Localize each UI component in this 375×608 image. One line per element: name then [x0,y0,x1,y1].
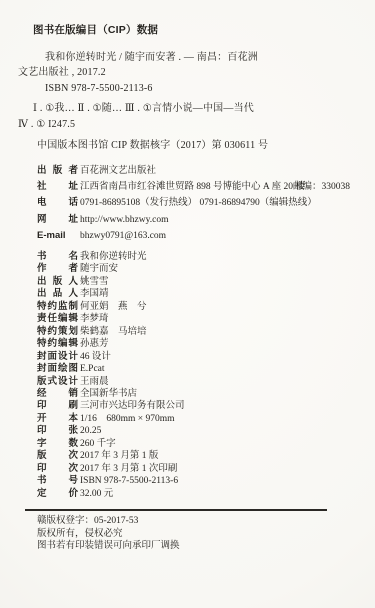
book-info-row: 版次2017 年 3 月第 1 版 [37,450,357,462]
publisher-info-row: 社址江西省南昌市红谷滩世贸路 898 号博能中心 A 座 20 楼邮编：3300… [37,179,367,195]
info-row-label: 特约编辑 [37,338,78,350]
cip-header: 图书在版编目（CIP）数据 [33,23,375,39]
info-row-value: http://www.bhzwy.com [80,215,168,225]
info-row-value: 随宇而安 [80,264,118,274]
book-info-row: 特约策划柴鹤嘉 马培培 [37,326,357,338]
info-row-label: 特约监制 [37,301,78,313]
book-info-row: 版式设计王雨晨 [37,376,357,388]
postal-code: 邮编：330038 [293,179,350,195]
book-info-row: 印刷三河市兴达印务有限公司 [37,400,357,412]
info-row-label: 经销 [37,388,78,400]
book-info-row: 作者随宇而安 [37,263,357,275]
book-info-row: 定价32.00 元 [37,488,357,500]
publisher-info-row: 出版者百花洲文艺出版社 [37,163,367,179]
info-row-label: 定价 [37,488,78,500]
info-row-label: 责任编辑 [37,313,78,325]
info-row-label: 出品人 [37,288,78,300]
book-info-row: 印张20.25 [37,425,357,437]
cip-record-number: 中国版本图书馆 CIP 数据核字（2017）第 030611 号 [37,138,375,154]
footer-line: 赣版权登字：05-2017-53 [37,515,180,528]
info-row-label: 版式设计 [37,376,78,388]
info-row-value: 李梦琦 [80,314,109,324]
book-info-row: 封面设计46 设计 [37,351,357,363]
info-row-value: 260 千字 [80,439,116,449]
cip-classification-line1: Ⅰ . ①我… Ⅱ . ①随… Ⅲ . ①言情小说—中国—当代 [33,101,375,117]
horizontal-rule [25,509,327,511]
info-row-value: 李国靖 [80,289,109,299]
publisher-info-row: 网址http://www.bhzwy.com [37,212,367,228]
book-info-row: 责任编辑李梦琦 [37,313,357,325]
info-row-label: 书名 [37,251,78,263]
info-row-label: 社址 [37,179,78,195]
info-row-label: 开本 [37,413,78,425]
footer-line: 版权所有，侵权必究 [37,528,180,541]
info-row-label: 出版人 [37,276,78,288]
book-info-row: 特约编辑孙惠芳 [37,338,357,350]
info-row-label: 封面设计 [37,351,78,363]
info-row-label: 版次 [37,450,78,462]
info-row-label: 网址 [37,212,78,228]
info-row-value: 三河市兴达印务有限公司 [80,401,185,411]
info-row-value: bhzwy0791@163.com [80,231,166,241]
info-row-label: 作者 [37,263,78,275]
book-info-row: 封面绘图E.Pcat [37,363,357,375]
info-row-label: 字数 [37,438,78,450]
book-info-row: 字数260 千字 [37,438,357,450]
book-info-row: 开本1/16 680mm × 970mm [37,413,357,425]
info-row-value: E.Pcat [80,364,105,374]
info-row-label: E-mail [37,228,78,244]
info-row-value: 柴鹤嘉 马培培 [80,327,147,337]
info-row-value: 江西省南昌市红谷滩世贸路 898 号博能中心 A 座 20 楼 [80,182,305,192]
copyright-page: 图书在版编目（CIP）数据 我和你逆转时光 / 随宇而安著 . — 南昌：百花洲… [0,0,375,608]
book-info-row: 特约监制何亚娟 燕 兮 [37,301,357,313]
info-row-value: 2017 年 3 月第 1 版 [80,451,158,461]
publisher-info-block: 出版者百花洲文艺出版社 社址江西省南昌市红谷滩世贸路 898 号博能中心 A 座… [37,163,367,244]
info-row-value: 全国新华书店 [80,389,137,399]
info-row-label: 印刷 [37,400,78,412]
info-row-value: 32.00 元 [80,489,113,499]
book-info-row: 经销全国新华书店 [37,388,357,400]
info-row-label: 出版者 [37,163,78,179]
book-info-row: 书名我和你逆转时光 [37,251,357,263]
cip-classification-line2: Ⅳ . ① I247.5 [18,117,375,133]
info-row-value: 0791-86895108（发行热线） 0791-86894790（编辑热线） [80,198,317,208]
info-row-value: 46 设计 [80,352,111,362]
cip-title-line-continued: 文艺出版社 , 2017.2 [18,65,375,81]
info-row-value: 孙惠芳 [80,339,109,349]
cip-isbn: ISBN 978-7-5500-2113-6 [45,81,375,97]
publisher-info-row: 电话0791-86895108（发行热线） 0791-86894790（编辑热线… [37,195,367,211]
info-row-value: 2017 年 3 月第 1 次印刷 [80,464,177,474]
info-row-label: 书号 [37,475,78,487]
info-row-value: 20.25 [80,426,101,436]
book-info-row: 书号ISBN 978-7-5500-2113-6 [37,475,357,487]
cip-block: 图书在版编目（CIP）数据 我和你逆转时光 / 随宇而安著 . — 南昌：百花洲… [0,23,375,154]
info-row-value: 何亚娟 燕 兮 [80,302,147,312]
book-info-row: 印次2017 年 3 月第 1 次印刷 [37,463,357,475]
info-row-value: 百花洲文艺出版社 [80,166,156,176]
publisher-info-row: E-mailbhzwy0791@163.com [37,228,367,244]
book-info-block: 书名我和你逆转时光 作者随宇而安 出版人姚雪雪 出品人李国靖 特约监制何亚娟 燕… [37,251,357,500]
info-row-value: 1/16 680mm × 970mm [80,414,175,424]
info-row-label: 电话 [37,195,78,211]
cip-title-line: 我和你逆转时光 / 随宇而安著 . — 南昌：百花洲 [45,50,375,66]
copyright-footer-block: 赣版权登字：05-2017-53 版权所有，侵权必究 图书若有印装错误可向承印厂… [37,515,180,553]
book-info-row: 出版人姚雪雪 [37,276,357,288]
info-row-label: 印张 [37,425,78,437]
info-row-label: 特约策划 [37,326,78,338]
info-row-value: 姚雪雪 [80,277,109,287]
info-row-label: 印次 [37,463,78,475]
info-row-value: ISBN 978-7-5500-2113-6 [80,476,178,486]
book-info-row: 出品人李国靖 [37,288,357,300]
footer-line: 图书若有印装错误可向承印厂调换 [37,540,180,553]
info-row-label: 封面绘图 [37,363,78,375]
info-row-value: 我和你逆转时光 [80,252,147,262]
info-row-value: 王雨晨 [80,377,109,387]
